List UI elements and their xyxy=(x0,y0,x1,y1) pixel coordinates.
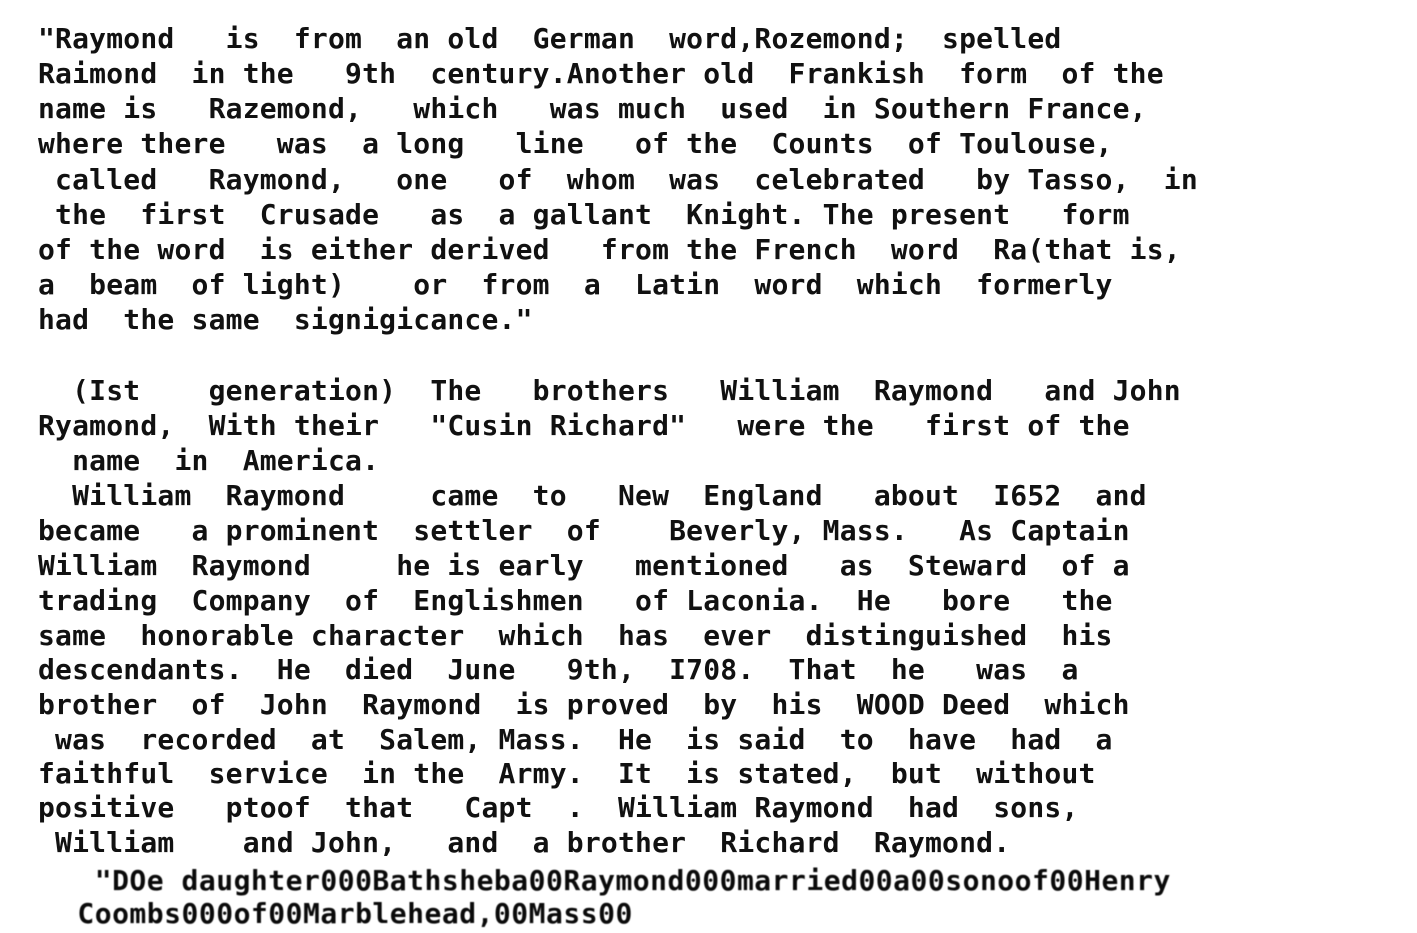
generation-line-5: became a prominent settler of Beverly, M… xyxy=(38,514,1130,548)
generation-line-4: William Raymond came to New England abou… xyxy=(38,479,1147,513)
generation-line-10: brother of John Raymond is proved by his… xyxy=(38,688,1130,722)
etymology-line-3: name is Razemond, which was much used in… xyxy=(38,92,1147,126)
smudged-line-2: Coombs000of00Marblehead,00Mass00 xyxy=(60,897,633,931)
etymology-line-2: Raimond in the 9th century.Another old F… xyxy=(38,57,1164,91)
etymology-line-7: of the word is either derived from the F… xyxy=(38,233,1181,267)
generation-line-13: positive ptoof that Capt . William Raymo… xyxy=(38,791,1079,825)
generation-line-1: (Ist generation) The brothers William Ra… xyxy=(38,374,1181,408)
generation-line-2: Ryamond, With their "Cusin Richard" were… xyxy=(38,409,1130,443)
etymology-line-4: where there was a long line of the Count… xyxy=(38,127,1113,161)
generation-line-14: William and John, and a brother Richard … xyxy=(38,826,1010,860)
generation-line-8: same honorable character which has ever … xyxy=(38,619,1113,653)
etymology-line-8: a beam of light) or from a Latin word wh… xyxy=(38,268,1113,302)
etymology-line-1: "Raymond is from an old German word,Roze… xyxy=(38,22,1061,56)
generation-line-12: faithful service in the Army. It is stat… xyxy=(38,757,1096,791)
generation-line-9: descendants. He died June 9th, I708. Tha… xyxy=(38,653,1079,687)
etymology-line-6: the first Crusade as a gallant Knight. T… xyxy=(38,198,1130,232)
generation-line-11: was recorded at Salem, Mass. He is said … xyxy=(38,723,1113,757)
typewritten-page: "Raymond is from an old German word,Roze… xyxy=(0,0,1417,933)
generation-line-7: trading Company of Englishmen of Laconia… xyxy=(38,584,1113,618)
smudged-line-1: "DOe daughter000Bathsheba00Raymond000mar… xyxy=(60,864,1171,898)
generation-line-3: name in America. xyxy=(38,444,379,478)
etymology-line-5: called Raymond, one of whom was celebrat… xyxy=(38,163,1198,197)
generation-line-6: William Raymond he is early mentioned as… xyxy=(38,549,1130,583)
etymology-line-9: had the same signigicance." xyxy=(38,303,533,337)
